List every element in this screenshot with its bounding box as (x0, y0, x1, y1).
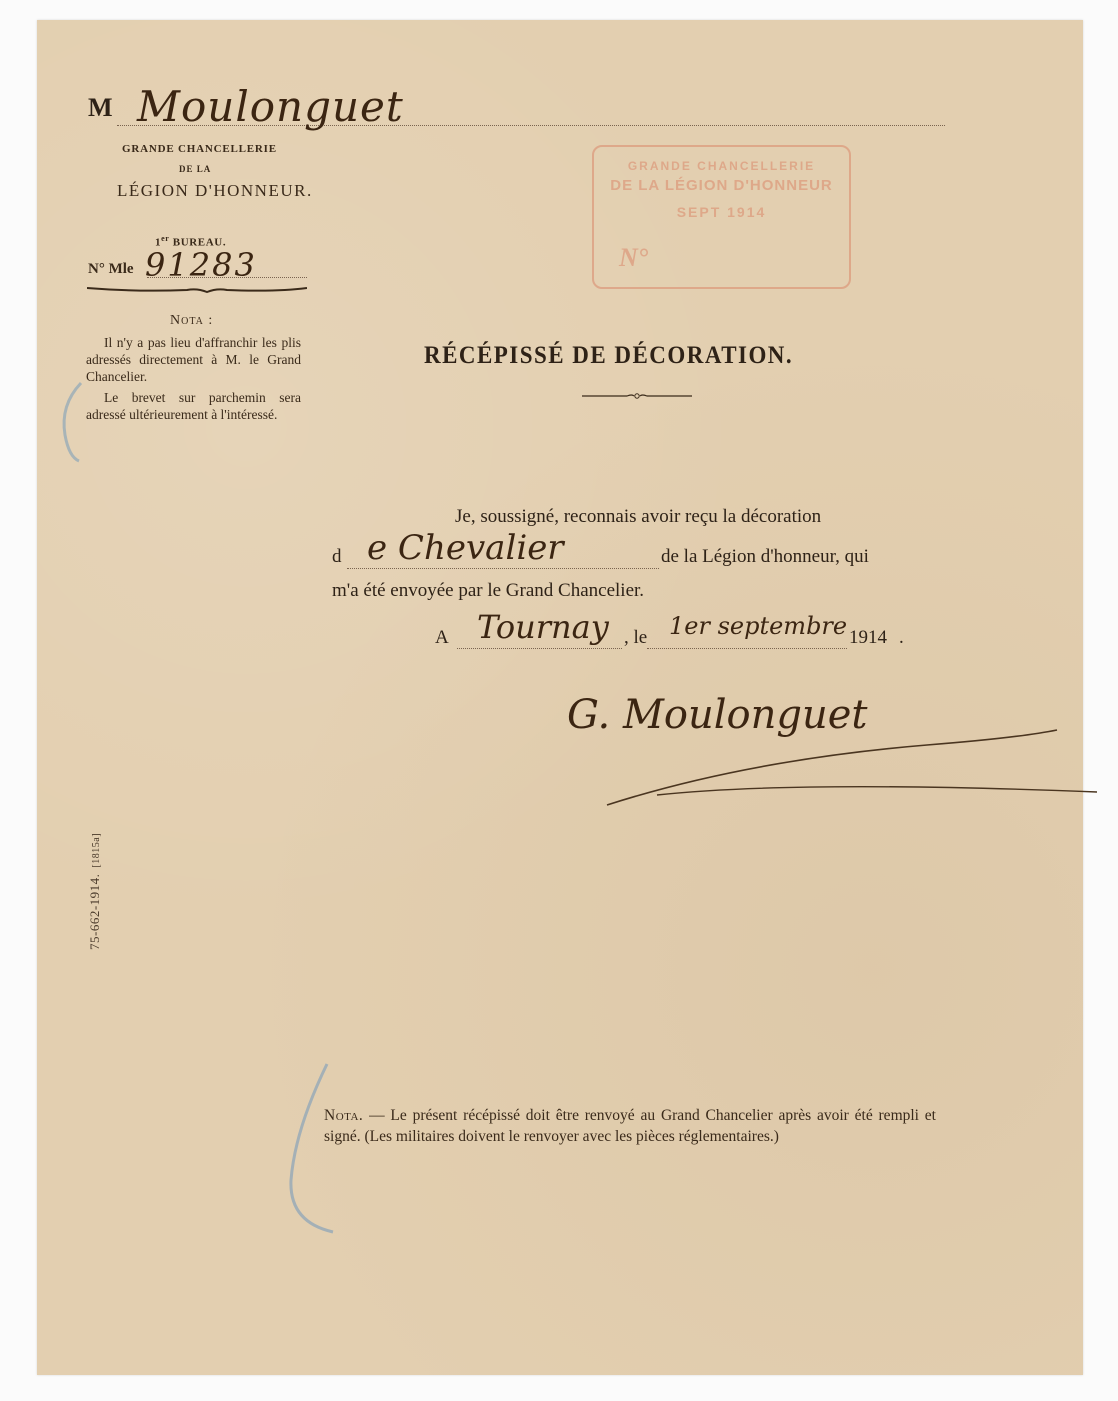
year-printed: 1914 (849, 627, 887, 649)
document-title: RÉCÉPISSÉ DE DÉCORATION. (424, 342, 793, 370)
body-line-2-suffix: de la Légion d'honneur, qui (661, 546, 869, 568)
stamp-line-4: N° (619, 243, 648, 273)
body-line-2-prefix: d (332, 546, 342, 568)
decoration-dotted-line (347, 568, 659, 569)
blue-pencil-mark-icon (55, 375, 85, 465)
stamp-line-3: SEPT 1914 (594, 204, 849, 220)
blue-pencil-curve-icon (275, 1060, 335, 1240)
institution-line-3: LÉGION D'HONNEUR. (117, 181, 313, 201)
date-prefix: , le (624, 627, 647, 649)
institution-line-1: GRANDE CHANCELLERIE (122, 143, 277, 155)
addressee-prefix: M (88, 93, 113, 123)
signature-flourish-icon (597, 700, 1097, 810)
date-suffix: . (899, 627, 904, 649)
body-line-3: m'a été envoyée par le Grand Chancelier. (332, 580, 644, 602)
place-dotted-line (457, 648, 622, 649)
received-stamp: GRANDE CHANCELLERIE DE LA LÉGION D'HONNE… (592, 145, 851, 289)
footer-nota: Nota. — Le présent récépissé doit être r… (324, 1105, 936, 1147)
institution-line-2: DE LA (179, 164, 211, 174)
decoration-grade-handwritten: e Chevalier (367, 528, 564, 568)
header-flourish-icon (87, 282, 307, 296)
document-page: M Moulonguet GRANDE CHANCELLERIE DE LA L… (37, 20, 1083, 1375)
date-handwritten: 1er septembre (669, 612, 847, 640)
stamp-line-2: DE LA LÉGION D'HONNEUR (594, 177, 849, 194)
side-nota-paragraph-1: Il n'y a pas lieu d'affranchir les plis … (86, 334, 301, 385)
matricule-label: N° Mle (88, 261, 134, 278)
date-dotted-line (647, 648, 847, 649)
bureau-ordinal-sup: er (161, 234, 169, 243)
title-ornament-icon (582, 392, 692, 400)
side-nota-paragraph-2: Le brevet sur parchemin sera adressé ult… (86, 389, 301, 423)
body-line-1: Je, soussigné, reconnais avoir reçu la d… (455, 506, 821, 528)
footer-nota-text: — Le présent récépissé doit être renvoyé… (324, 1107, 936, 1145)
matricule-handwritten: 91283 (145, 246, 257, 284)
print-reference-code: 75-662-1914.[1815a] (87, 833, 103, 950)
place-prefix: A (435, 627, 449, 649)
print-reference-bracket: [1815a] (91, 833, 102, 868)
side-nota-title: Nota : (170, 313, 213, 329)
stamp-line-1: GRANDE CHANCELLERIE (594, 159, 849, 173)
footer-nota-label: Nota. (324, 1107, 363, 1124)
addressee-handwritten: Moulonguet (137, 82, 404, 131)
side-nota-text: Il n'y a pas lieu d'affranchir les plis … (86, 334, 301, 427)
place-handwritten: Tournay (477, 608, 609, 646)
print-reference-text: 75-662-1914. (87, 874, 102, 950)
